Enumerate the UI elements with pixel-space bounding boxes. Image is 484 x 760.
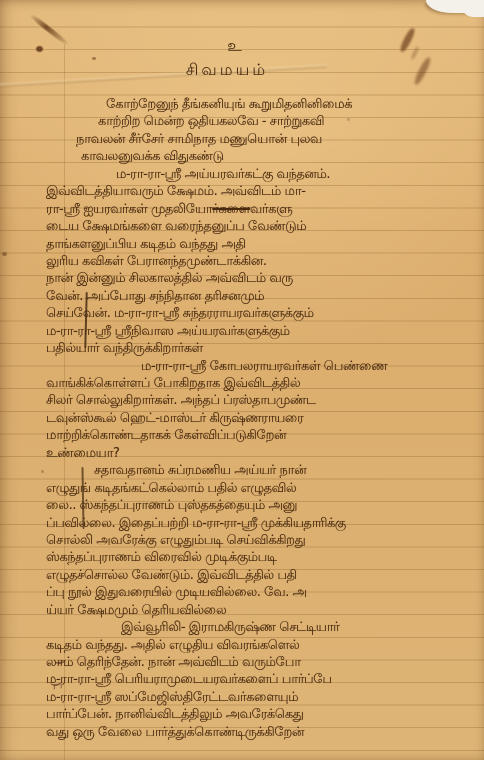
page-heading: சிவமயம் [0,60,454,81]
manuscript-line: வாங்கிக்கொள்ளப் போகிறதாக இவ்விடத்தில் [46,375,480,392]
manuscript-line: லாம் தெரிந்தேன். நான் அவ்விடம் வரும்போ [46,654,480,671]
torn-corner [426,0,484,13]
paper-speck [41,470,44,473]
manuscript-line: லுரிய கவிகள் பேரானந்தமுண்டாக்கின. [46,253,480,270]
manuscript-line: லை.. ஸ்கந்தப்புராணம் புஸ்தகத்தையும் அனு [46,497,480,514]
manuscript-line: டைய க்ஷேமங்களை வரைந்தனுப்ப வேண்டும் [46,218,480,235]
manuscript-line: நாவலன் சீர்சேர் சாமிநாத மணுயொன் புலவ [76,131,480,148]
manuscript-line: ம-ரா-ரா-ஸ்ரீ பெரியராமுடையரவர்களைப் பார்ப… [46,671,480,688]
invocation-mark: உ [0,36,470,57]
manuscript-line: வேன். அப்போது சந்நிதான தரிசனமும் [46,288,480,305]
manuscript-line: ம-ரா-ரா-ஸ்ரீ கோபலராயரவர்கள் பெண்ணை [141,358,480,375]
manuscript-line: டவுன்ஸ்கூல் ஹெட்-மாஸ்டர் கிருஷ்ணராயரை [46,410,480,427]
manuscript-line: செய்வேன். ம-ரா-ரா-ஸ்ரீ சுந்தரராயரவர்களுக… [46,305,480,322]
manuscript-line: சொல்லி அவரேக்கு எழுதும்படி செய்விக்கிறது [46,532,480,549]
manuscript-line: பதில்யார் வந்திருக்கிறார்கள் [46,340,480,357]
manuscript-line: ரா-ஸ்ரீ ஐயரவர்கள் முதலியோர்களைவர்களு [46,201,480,218]
manuscript-line: ம-ரா-ரா-ஸ்ரீ ஸ்ரீநிவாஸ அய்யரவர்களுக்கும் [46,323,480,340]
manuscript-line: ய்யர் க்ஷேமமும் தெரியவில்லை [46,602,480,619]
line-text: ரா-ஸ்ரீ ஐயரவர்கள் முதலியோ [46,202,212,217]
manuscript-line: சிலர் சொல்லுகிறார்கள். அந்தப் ப்ரஸ்தாபமு… [46,392,480,409]
manuscript-line: பார்ப்பேன். நானிவ்விடத்திலும் அவரேக்கெது [46,706,480,723]
manuscript-line: கடிதம் வந்தது. அதில் எழுதிய விவரங்களெல் [46,637,480,654]
manuscript-line: உண்மையா? [46,445,480,462]
manuscript-line: ஸ்கந்தப்புராணம் விரைவில் முடிக்கும்படி [46,549,480,566]
manuscript-line: எழுதச்சொல்ல வேண்டும். இவ்விடத்தில் பதி [46,567,480,584]
manuscript-line: நான் இன்னும் சிலகாலத்தில் அவ்விடம் வரு [46,270,480,287]
manuscript-line: இவ்விடத்தியாவரும் க்ஷேமம். அவ்விடம் மா- [46,183,480,200]
paper-speck [2,252,7,256]
manuscript-line: காற்றிற மென்ற ஒதியகலவே - சாற்றுகவி [98,113,480,130]
line-text: வர்களு [250,202,292,217]
manuscript-line: ப்பு நூல் இதுவரையில் முடியவில்லை. வே. அ [46,584,480,601]
letter-body: கோற்றேனுந் தீங்கனியுங் கூறுமிதனினிமைக் க… [46,96,480,741]
manuscript-line: சதாவதானம் சுப்ரமணிய அய்யர் நான் [94,462,480,479]
struck-word: ர்களை [212,202,250,217]
manuscript-line: ம-ரா-ரா-ஸ்ரீ அய்யரவர்கட்கு வந்தனம். [116,166,480,183]
manuscript-line: ம-ரா-ரா-ஸ்ரீ ஸப்மேஜிஸ்திரேட்டவர்களையும் [46,689,480,706]
manuscript-line: காவலனுவக்க விதுகண்டு [81,148,480,165]
manuscript-line: வது ஒரு வேலை பார்த்துக்கொண்டிருக்கிறேன் [46,724,480,741]
manuscript-line: மாற்றிக்கொண்டதாகக் கேள்விப்படுகிறேன் [46,427,480,444]
manuscript-line: கோற்றேனுந் தீங்கனியுங் கூறுமிதனினிமைக் [106,96,480,113]
manuscript-line: இவ்வூரிலி- இராமகிருஷ்ண செட்டியார் [121,619,480,636]
manuscript-line: தாங்களனுப்பிய கடிதம் வந்தது அதி [46,236,480,253]
manuscript-line: ப்பவில்லை. இதைப்பற்றி ம-ரா-ரா-ஸ்ரீ முக்க… [46,515,480,532]
manuscript-line: எழுதுங் கடிதங்கட்கெல்லாம் பதில் எழுதவில் [46,480,480,497]
manuscript-page: உ சிவமயம் கோற்றேனுந் தீங்கனியுங் கூறுமித… [0,0,484,760]
